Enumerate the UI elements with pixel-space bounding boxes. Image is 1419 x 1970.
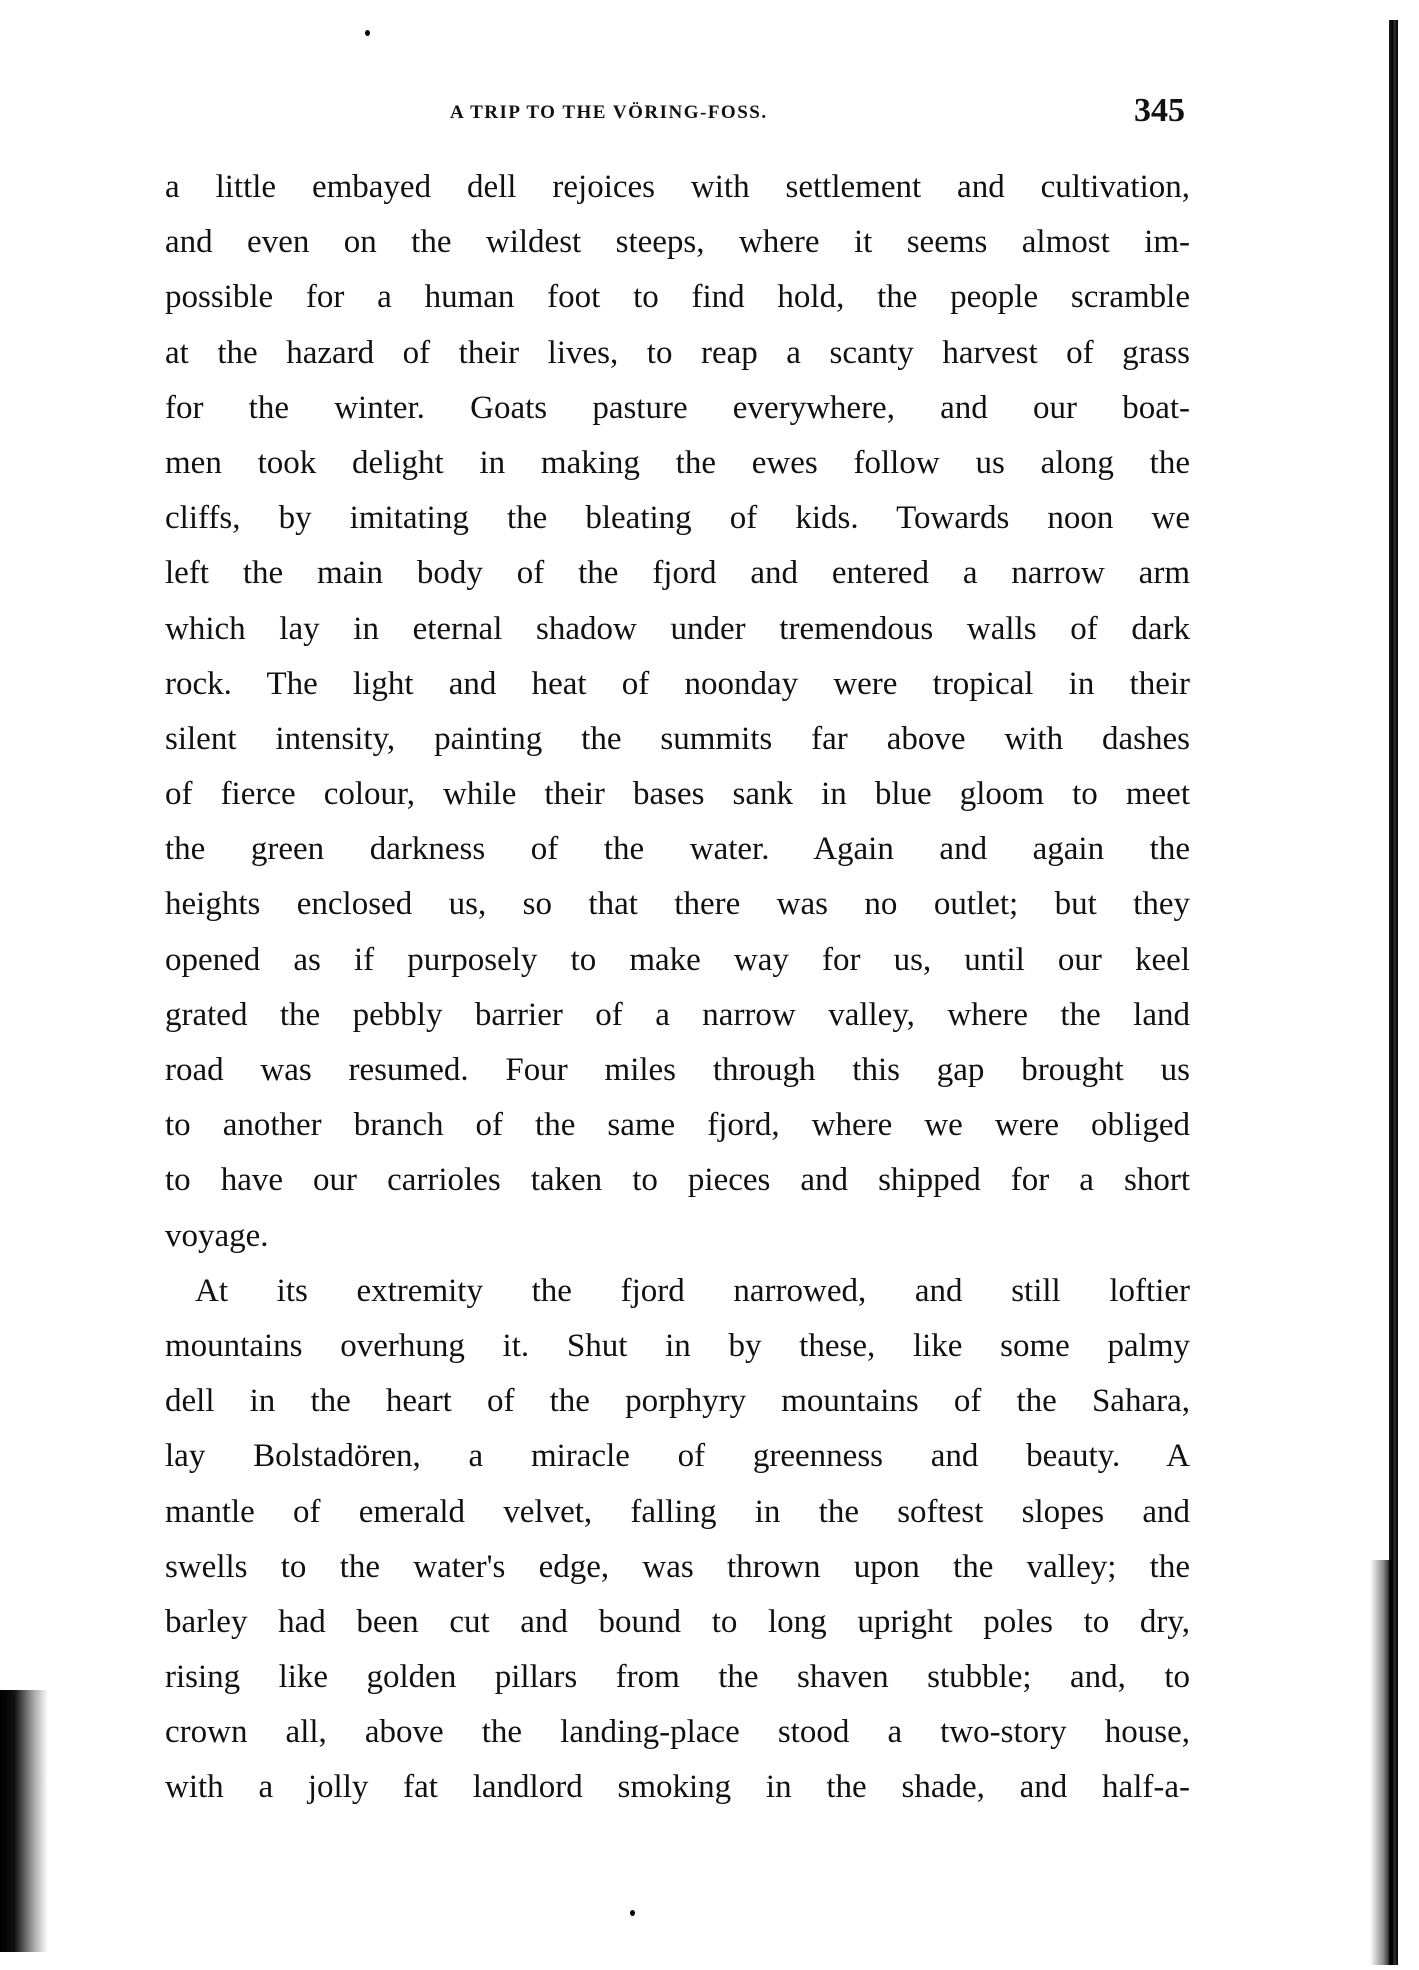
paragraph-start-line: At its extremity the fjord narrowed, and…: [165, 1264, 1190, 1319]
text-line: road was resumed. Four miles through thi…: [165, 1043, 1190, 1098]
text-line: a little embayed dell rejoices with sett…: [165, 160, 1190, 215]
text-line: rock. The light and heat of noonday were…: [165, 657, 1190, 712]
ink-speck: [365, 30, 370, 36]
text-line: to another branch of the same fjord, whe…: [165, 1098, 1190, 1153]
text-line: barley had been cut and bound to long up…: [165, 1595, 1190, 1650]
text-line: mantle of emerald velvet, falling in the…: [165, 1485, 1190, 1540]
text-line: cliffs, by imitating the bleating of kid…: [165, 491, 1190, 546]
body-text: a little embayed dell rejoices with sett…: [165, 160, 1190, 1816]
running-title: A TRIP TO THE VÖRING-FOSS.: [450, 102, 768, 124]
paragraph-end-line: voyage.: [165, 1209, 1190, 1264]
text-line: rising like golden pillars from the shav…: [165, 1650, 1190, 1705]
text-line: the green darkness of the water. Again a…: [165, 822, 1190, 877]
text-line: mountains overhung it. Shut in by these,…: [165, 1319, 1190, 1374]
text-line: for the winter. Goats pasture everywhere…: [165, 381, 1190, 436]
text-line: opened as if purposely to make way for u…: [165, 933, 1190, 988]
text-line: lay Bolstadören, a miracle of greenness …: [165, 1429, 1190, 1484]
text-line: grated the pebbly barrier of a narrow va…: [165, 988, 1190, 1043]
text-line: possible for a human foot to find hold, …: [165, 270, 1190, 325]
text-line: crown all, above the landing-place stood…: [165, 1705, 1190, 1760]
text-line: swells to the water's edge, was thrown u…: [165, 1540, 1190, 1595]
book-page: A TRIP TO THE VÖRING-FOSS. 345 a little …: [0, 0, 1419, 1970]
text-line: at the hazard of their lives, to reap a …: [165, 326, 1190, 381]
ink-speck: [630, 1910, 635, 1916]
text-line: men took delight in making the ewes foll…: [165, 436, 1190, 491]
text-line: left the main body of the fjord and ente…: [165, 546, 1190, 601]
scan-shadow-right: [1370, 1560, 1392, 1965]
text-line: which lay in eternal shadow under tremen…: [165, 602, 1190, 657]
scan-shadow-left: [0, 1690, 48, 1952]
text-line: and even on the wildest steeps, where it…: [165, 215, 1190, 270]
text-line: with a jolly fat landlord smoking in the…: [165, 1760, 1190, 1815]
text-line: heights enclosed us, so that there was n…: [165, 877, 1190, 932]
running-head: A TRIP TO THE VÖRING-FOSS. 345: [165, 96, 1185, 136]
text-line: to have our carrioles taken to pieces an…: [165, 1153, 1190, 1208]
text-line: silent intensity, painting the summits f…: [165, 712, 1190, 767]
text-line: of fierce colour, while their bases sank…: [165, 767, 1190, 822]
page-number: 345: [1134, 92, 1185, 130]
text-line: dell in the heart of the porphyry mounta…: [165, 1374, 1190, 1429]
